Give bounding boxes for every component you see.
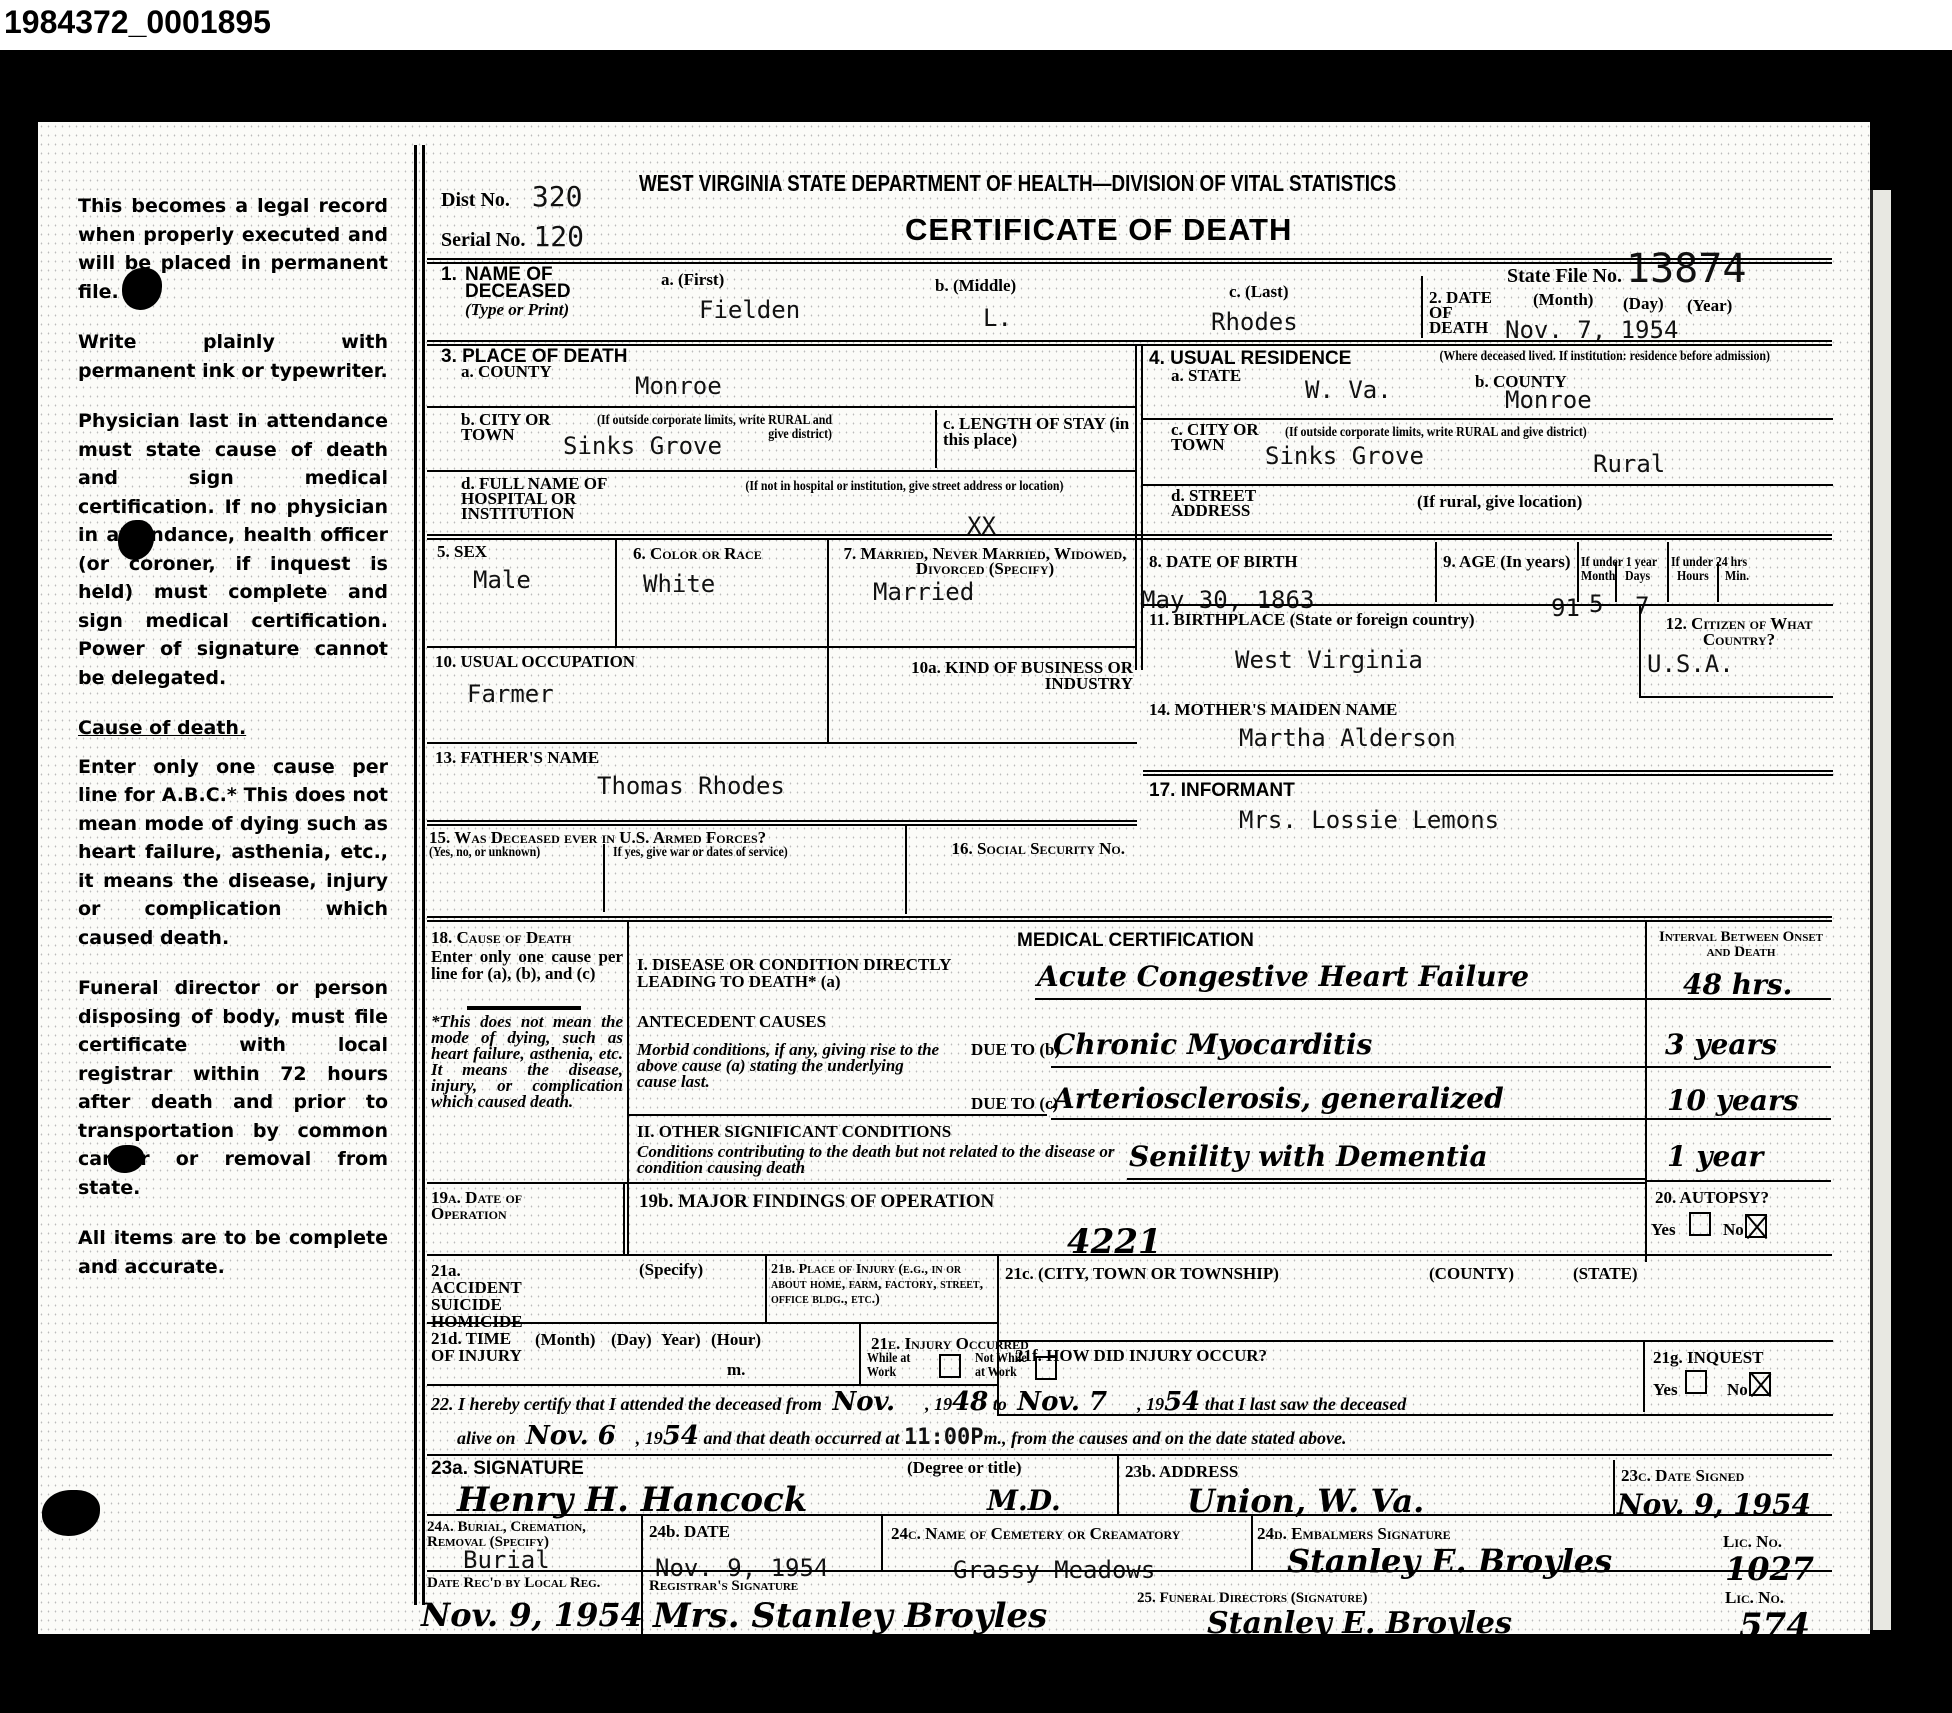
while-at-work-checkbox[interactable] [939,1354,961,1378]
cause-b: Chronic Myocarditis [1053,1028,1372,1061]
label-length-of-stay: c. LENGTH OF STAY (in this place) [943,416,1133,448]
label-informant: 17. INFORMANT [1149,782,1295,799]
autopsy-yes-checkbox[interactable] [1689,1212,1711,1236]
form-number: VS-002 (3-31-49) [437,1660,529,1674]
physician-degree: M.D. [987,1484,1061,1517]
label-due-to-c: DUE TO (c) [971,1096,1058,1112]
label-name-num: 1. [441,266,457,283]
occupation: Farmer [467,680,554,708]
label-citizen: 12. Citizen of What Country? [1645,616,1833,648]
interval-c: 10 years [1667,1084,1798,1117]
instruction-funeral-director: Funeral director or person disposing of … [78,974,388,1202]
attended-from: Nov. [832,1387,895,1417]
label-father: 13. FATHER'S NAME [435,750,599,766]
death-city: Sinks Grove [563,432,722,460]
label-autopsy: 20. AUTOPSY? [1655,1190,1769,1206]
label-name: NAME OF DECEASED [465,266,595,300]
label-address: 23b. ADDRESS [1125,1464,1238,1480]
label-operation-date: 19a. Date of Operation [431,1190,581,1222]
label-time-of-injury: 21d. TIME OF INJURY [431,1330,531,1364]
date-received: Nov. 9, 1954 [421,1596,643,1634]
label-ssn: 16. Social Security No. [915,840,1125,858]
autopsy-no-checkbox[interactable] [1745,1214,1767,1238]
informant: Mrs. Lossie Lemons [1239,806,1499,834]
state-file-no: State File No. 13874 [1507,246,1746,292]
dist-no: Dist No. 320 [441,180,582,213]
label-due-to-b: DUE TO (b) [971,1042,1060,1058]
middle-name: L. [983,304,1012,332]
residence-county: Monroe [1505,386,1592,414]
residence-state: W. Va. [1305,376,1392,404]
column-rule [422,145,425,1605]
date-signed: Nov. 9, 1954 [1617,1488,1811,1521]
medical-certification-title: MEDICAL CERTIFICATION [1017,932,1254,949]
attended-from-year: 48 [952,1387,988,1417]
inquest-no-checkbox[interactable] [1749,1372,1771,1396]
residence-city: Sinks Grove [1265,442,1424,470]
label-part-1: I. DISEASE OR CONDITION DIRECTLY LEADING… [637,956,967,990]
marital-status: Married [873,578,974,606]
label-registrar-signature: Registrar's Signature [649,1578,798,1594]
label-occupation: 10. USUAL OCCUPATION [435,654,635,670]
registrar-signature: Mrs. Stanley Broyles [653,1596,1047,1636]
label-accident: 21a. ACCIDENT SUICIDE HOMICIDE [431,1262,551,1330]
cause-c: Arteriosclerosis, generalized [1053,1082,1504,1115]
last-name: Rhodes [1211,308,1298,336]
cause-other: Senility with Dementia [1129,1140,1488,1173]
label-cause-of-death: 18. Cause of Death [431,930,571,946]
label-type-or-print: (Type or Print) [465,302,569,318]
embalmer-signature: Stanley E. Broyles [1287,1542,1612,1580]
cause-a: Acute Congestive Heart Failure [1037,960,1529,993]
interval-a: 48 hrs. [1683,968,1792,1001]
label-business: 10a. KIND OF BUSINESS OR INDUSTRY [837,660,1133,692]
time-of-death: 11:00P [904,1425,983,1450]
race: White [643,570,715,598]
birthplace: West Virginia [1235,646,1423,674]
label-birth-date: 8. DATE OF BIRTH [1149,554,1298,570]
citizen: U.S.A. [1647,650,1734,678]
label-inquest: 21g. INQUEST [1653,1350,1764,1366]
label-date-signed: 23c. Date Signed [1621,1468,1744,1484]
label-middle: b. (Middle) [935,278,1016,294]
father-name: Thomas Rhodes [597,772,785,800]
mother-name: Martha Alderson [1239,724,1456,752]
footer-agency-2: PUBLIC HEALTH SERVICE [657,1666,810,1680]
agency-header: WEST VIRGINIA STATE DEPARTMENT OF HEALTH… [639,170,1396,197]
label-marital: 7. Married, Never Married, Widowed, Divo… [837,546,1133,576]
label-place-of-injury: 21b. Place of Injury (e.g., in or about … [771,1262,991,1307]
column-rule [414,145,417,1605]
last-seen-alive: Nov. 6 [526,1421,616,1451]
label-embalmer: 24d. Embalmers Signature [1257,1526,1451,1542]
cause-of-death-note: Enter only one cause per line for A.B.C.… [78,753,388,953]
instruction-legal-record: This becomes a legal record when properl… [78,192,388,306]
label-injury-city: 21c. (CITY, TOWN OR TOWNSHIP) [1005,1266,1279,1282]
label-operation-findings: 19b. MAJOR FINDINGS OF OPERATION [639,1194,994,1210]
funeral-director-license: 574 [1739,1606,1810,1646]
death-county: Monroe [635,372,722,400]
label-hospital: d. FULL NAME OF HOSPITAL OR INSTITUTION [461,476,631,521]
label-sex: 5. SEX [437,544,487,560]
sex: Male [473,566,531,594]
embalmer-license: 1027 [1725,1550,1814,1588]
label-mother: 14. MOTHER'S MAIDEN NAME [1149,702,1397,718]
dist-no-value: 320 [532,180,583,213]
residence-district: Rural [1593,450,1665,478]
paper-edge [1870,190,1891,1630]
label-cemetery: 24c. Name of Cemetery or Creamatory [891,1526,1180,1542]
label-how-injury: 21f. HOW DID INJURY OCCUR? [1005,1348,1267,1364]
state-file-no-value: 13874 [1626,246,1746,292]
cause-of-death-title: Cause of death. [78,714,388,743]
instructions-column: This becomes a legal record when properl… [78,192,388,1303]
attended-to: Nov. 7 [1017,1387,1107,1417]
footer-agency-1: FEDERAL SECURITY AGENCY [657,1650,831,1664]
cause-instructions: Enter only one cause per line for (a), (… [431,948,623,982]
scan-banner: 1984372_0001895 [0,0,1952,50]
inquest-yes-checkbox[interactable] [1685,1370,1707,1394]
label-burial-date: 24b. DATE [649,1524,730,1540]
certificate-form: Dist No. 320 Serial No. 120 WEST VIRGINI… [427,150,1837,1600]
label-date-of-death: 2. DATE OF DEATH [1429,290,1503,335]
instruction-write-plainly: Write plainly with permanent ink or type… [78,328,388,385]
serial-no: Serial No. 120 [441,220,584,253]
label-interval: Interval Between Onset and Death [1651,930,1831,960]
label-armed-forces: 15. Was Deceased ever in U.S. Armed Forc… [429,830,766,846]
document-title: CERTIFICATE OF DEATH [905,212,1292,248]
serial-no-value: 120 [533,220,584,253]
interval-b: 3 years [1665,1028,1777,1061]
interval-other: 1 year [1667,1140,1763,1173]
code-note: 4221 [1067,1222,1162,1262]
label-usual-residence: 4. USUAL RESIDENCE [1149,350,1351,367]
label-age: 9. AGE (In years) [1443,554,1571,570]
document-id: 1984372_0001895 [4,4,271,41]
antecedent-hint: Morbid conditions, if any, giving rise t… [637,1042,947,1090]
cause-footnote: *This does not mean the mode of dying, s… [431,1014,623,1110]
first-name: Fielden [699,296,800,324]
last-seen-year: 54 [663,1421,699,1451]
label-birthplace: 11. BIRTHPLACE (State or foreign country… [1149,612,1475,628]
part-2-hint: Conditions contributing to the death but… [637,1144,1127,1176]
attended-to-year: 54 [1164,1387,1200,1417]
label-city-or-town: b. CITY OR TOWN [461,412,551,442]
instruction-complete: All items are to be complete and accurat… [78,1224,388,1281]
label-funeral-director: 25. Funeral Directors (Signature) [1137,1590,1368,1606]
instruction-physician: Physician last in attendance must state … [78,407,388,692]
label-signature: 23a. SIGNATURE [431,1460,584,1477]
label-race: 6. Color or Race [633,546,762,562]
age-years: 91 [1551,594,1580,622]
label-first: a. (First) [661,272,724,288]
label-date-received: Date Rec'd by Local Reg. [427,1576,637,1591]
label-antecedent: ANTECEDENT CAUSES [637,1014,826,1030]
label-part-2: II. OTHER SIGNIFICANT CONDITIONS [637,1124,951,1140]
label-last: c. (Last) [1229,284,1288,300]
